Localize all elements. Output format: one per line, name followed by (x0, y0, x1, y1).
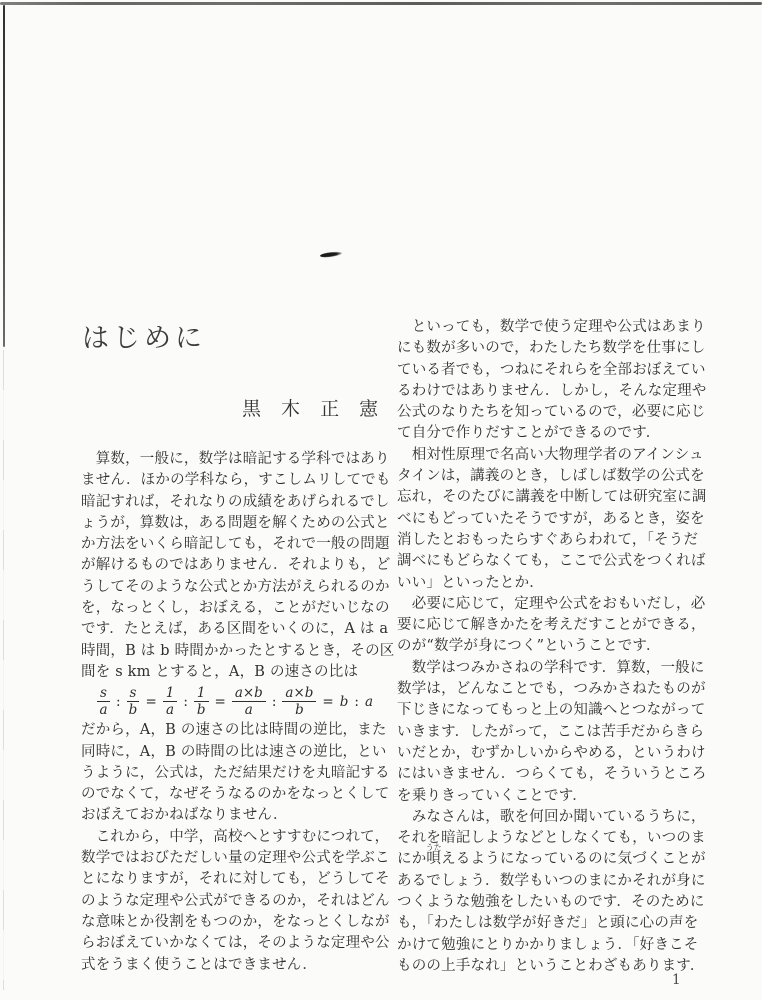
text-line: ません．ほかの学科なら，すこしムリしてでも (81, 470, 393, 491)
fraction: 1a (163, 686, 178, 717)
text-line: 数学ではおびただしい量の定理や公式を学ぶこ (81, 848, 393, 869)
variable: b (340, 694, 349, 710)
text-line: も，「わたしは数学が好きだ」と頭に心の声を (397, 913, 721, 934)
math-formula: sa:sb=1a:1b=a×ba:a×bb=b:a (81, 683, 393, 720)
fraction-denominator: a (245, 702, 253, 717)
scan-artifact-left-edge-faint (3, 350, 4, 990)
text-line: が解けるものではありません．それよりも，ど (81, 555, 393, 576)
text-line: 要に応じて解きかたを考えだすことができる， (397, 615, 721, 636)
text-line: いい」といったとか． (397, 573, 721, 594)
text-line: 間を s km とすると，A，B の速さの比は (81, 662, 393, 683)
text-line: 相対性原理で名高い大物理学者のアインシュ (397, 445, 721, 466)
text-line: を乗りきっていくことです． (397, 786, 721, 807)
text-line: べにもどっていたそうですが，あるとき，姿を (397, 509, 721, 530)
scan-artifact-left-edge (3, 5, 5, 347)
ink-smudge-mark (320, 251, 342, 259)
text-line: を，なっとくし，おぼえる，ことがだいじなの (81, 598, 393, 619)
operator: : (354, 694, 359, 710)
text-line: な意味とか役割をもつのか，をなっとくしなが (81, 912, 393, 933)
text-line: といっても，数学で使う定理や公式はあまり (397, 317, 721, 338)
page-title: はじめに (82, 316, 206, 355)
fraction-numerator: 1 (163, 686, 178, 702)
text-line: 消したとおもったらすぐあらわれて，「そうだ (397, 530, 721, 551)
text-line: とになりますが，それに対しても，どうしてそ (81, 869, 393, 890)
text-line: これから，中学，高校へとすすむにつれて， (81, 827, 393, 848)
text-line: にか唄うたえるようになっているのに気づくことが (397, 849, 721, 870)
text-line: おぼえておかねばなりません． (81, 805, 393, 826)
text-line: ている者でも，つねにそれらを全部おぼえてい (397, 360, 721, 381)
text-line: それを暗記しようなどとしなくても，いつのま (397, 828, 721, 849)
fraction: a×bb (282, 686, 316, 717)
fraction-numerator: a×b (232, 686, 266, 702)
text-line: るわけではありません．しかし，そんな定理や (397, 381, 721, 402)
text-line: うように，公式は，ただ結果だけを丸暗記する (81, 763, 393, 784)
text-line: 同時に，A，B の時間の比は速さの逆比，とい (81, 742, 393, 763)
text-line: 必要に応じて，定理や公式をおもいだし，必 (397, 594, 721, 615)
text-line: て自分で作りだすことができるのです． (397, 423, 721, 444)
fraction-numerator: s (97, 686, 110, 702)
author-name: 黒 木 正 憲 (242, 394, 385, 421)
text-line: 調べにもどらなくても，ここで公式をつくれば (397, 551, 721, 572)
text-line: らおぼえていかなくては，そのような定理や公 (81, 933, 393, 954)
text-line: か方法をいくら暗記しても，それで一般の問題 (81, 534, 393, 555)
fraction-numerator: s (127, 686, 140, 702)
text-line: いきます．したがって，ここは苦手だからきら (397, 722, 721, 743)
text-line: 暗記すれば，それなりの成績をあげられるでし (81, 492, 393, 513)
operator: = (322, 694, 333, 710)
text-line: だから，A，B の速さの比は時間の逆比，また (81, 720, 393, 741)
variable: a (365, 694, 373, 710)
fraction-numerator: 1 (194, 686, 209, 702)
text-line: ょうが，算数は，ある問題を解くための公式と (81, 513, 393, 534)
fraction-denominator: b (197, 702, 206, 717)
fraction: a×ba (232, 686, 266, 717)
text-line: にも数が多いので，わたしたち数学を仕事にし (397, 338, 721, 359)
ruby-annotated-char: 唄うた (426, 851, 441, 867)
page-number: 1 (672, 972, 681, 988)
fraction: sb (127, 686, 140, 717)
text-line: 数学はつみかさねの学科です．算数，一般に (397, 658, 721, 679)
text-line: 公式のなりたちを知っているので，必要に応じ (397, 402, 721, 423)
text-line: 式をうまく使うことはできません． (81, 955, 393, 976)
fraction-denominator: a (99, 702, 107, 717)
text-line: つくような勉強をしたいものです．そのために (397, 892, 721, 913)
text-line: いだとか，むずかしいからやめる，というわけ (397, 743, 721, 764)
text-line: かけて勉強にとりかかりましょう．「好きこそ (397, 935, 721, 956)
text-line: 時間，B は b 時間かかったとするとき，その区 (81, 641, 393, 662)
text-line: のような定理や公式ができるのか，それはどん (81, 891, 393, 912)
left-text-column: 算数，一般に，数学は暗記する学科ではありません．ほかの学科なら，すこしムリしてで… (81, 449, 393, 976)
text-line: 数学は，どんなことでも，つみかさねたものが (397, 679, 721, 700)
scan-artifact-top-edge (0, 2, 762, 5)
fraction-denominator: b (129, 702, 138, 717)
operator: : (116, 694, 121, 710)
ruby-text: うた (426, 844, 442, 852)
text-line: みなさんは，歌を何回か聞いているうちに， (397, 807, 721, 828)
text-line: のが“数学が身につく”ということです． (397, 636, 721, 657)
operator: = (215, 694, 226, 710)
text-line: のでなくて，なぜそうなるのかをなっとくして (81, 784, 393, 805)
fraction-denominator: b (295, 702, 304, 717)
text-line: 下じきになってもっと上の知識へとつながって (397, 700, 721, 721)
text-line: タインは，講義のとき，しばしば数学の公式を (397, 466, 721, 487)
text-line: うしてそのような公式とか方法がえられるのか (81, 577, 393, 598)
text-line: 忘れ，そのたびに講義を中断しては研究室に調 (397, 487, 721, 508)
text-line: にはいきません．つらくても，そういうところ (397, 764, 721, 785)
fraction: sa (97, 686, 110, 717)
operator: : (272, 694, 277, 710)
operator: = (145, 694, 156, 710)
fraction: 1b (194, 686, 209, 717)
text-line: です．たとえば，ある区間をいくのに，A は a (81, 619, 393, 640)
fraction-denominator: a (166, 702, 174, 717)
fraction-numerator: a×b (282, 686, 316, 702)
scanned-book-page: はじめに 黒 木 正 憲 算数，一般に，数学は暗記する学科ではありません．ほかの… (0, 0, 762, 1000)
right-text-column: といっても，数学で使う定理や公式はあまりにも数が多いので，わたしたち数学を仕事に… (397, 317, 721, 977)
operator: : (183, 694, 188, 710)
text-line: 算数，一般に，数学は暗記する学科ではあり (81, 449, 393, 470)
text-line: あるでしょう．数学もいつのまにかそれが身に (397, 871, 721, 892)
